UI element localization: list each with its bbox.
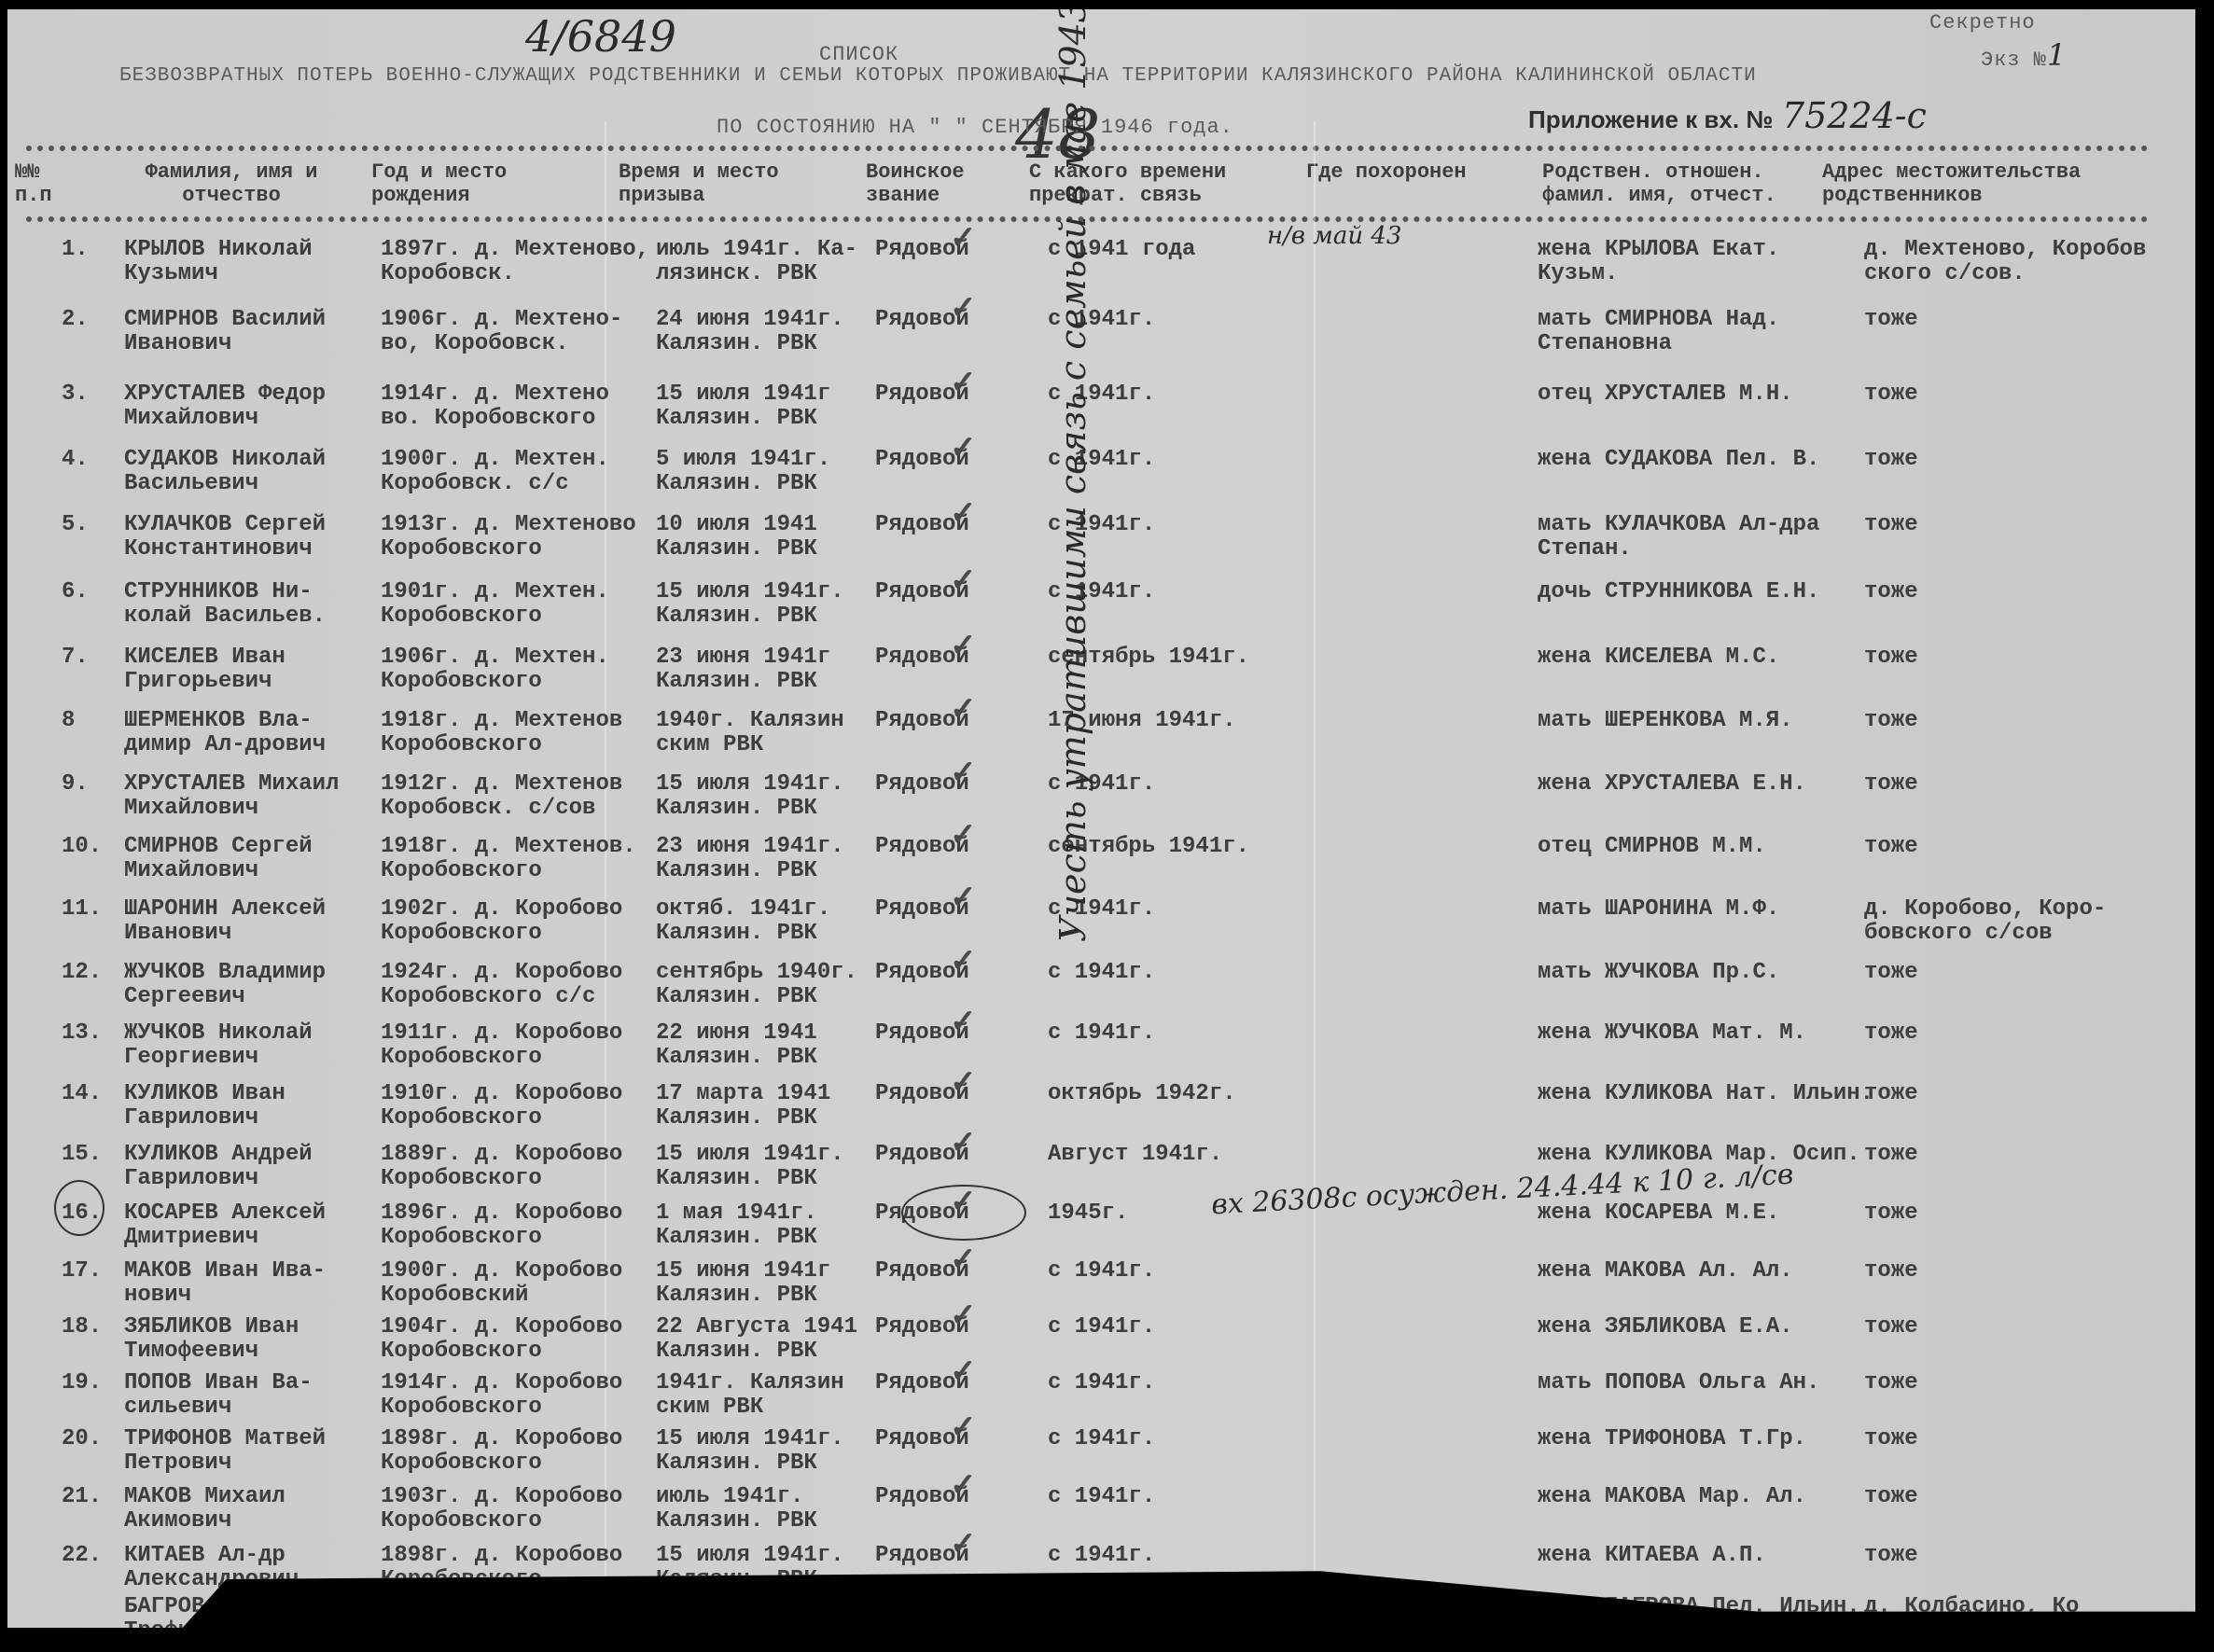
table-row: 8ШЕРМЕНКОВ Вла-димир Ал-дрович1918г. д. … bbox=[7, 709, 2195, 767]
cell-ended-line: с 1941г. bbox=[1048, 1544, 1155, 1568]
cell-ended: октябрь 1942г. bbox=[1048, 1082, 1236, 1106]
cell-name-line: КИСЕЛЕВ Иван bbox=[124, 646, 285, 670]
table-row: 13.ЖУЧКОВ НиколайГеоргиевич1911г. д. Кор… bbox=[7, 1021, 2195, 1079]
cell-call-line: Калязин. РВК bbox=[656, 1046, 817, 1070]
cell-rel-line: мать ШЕРЕНКОВА М.Я. bbox=[1538, 709, 1793, 733]
table-row: 15.КУЛИКОВ АндрейГаврилович1889г. д. Кор… bbox=[7, 1143, 2195, 1201]
cell-num: 22. bbox=[62, 1544, 102, 1568]
cell-call: 1941г. Калязинским РВК bbox=[656, 1371, 844, 1420]
cell-rel-line: мать ЖУЧКОВА Пр.С. bbox=[1538, 961, 1779, 985]
cell-birth: 1914г. д. КоробовоКоробовского bbox=[381, 1371, 622, 1420]
pencil-checkmark-icon: ✓ bbox=[950, 219, 977, 257]
pencil-checkmark-icon: ✓ bbox=[950, 816, 977, 854]
table-row: 7.КИСЕЛЕВ ИванГригорьевич1906г. д. Мехте… bbox=[7, 646, 2195, 703]
cell-name-line: СТРУННИКОВ Ни- bbox=[124, 580, 326, 604]
cell-num: 14. bbox=[62, 1082, 102, 1106]
cell-name-line: ТРИФОНОВ Матвей bbox=[124, 1427, 326, 1451]
cell-num-line: 2. bbox=[62, 308, 89, 332]
cell-birth-line: 1904г. д. Коробово bbox=[381, 1315, 622, 1340]
cell-call: 24 июня 1941г.Калязин. РВК bbox=[656, 308, 844, 356]
cell-name-line: КУЛАЧКОВ Сергей bbox=[124, 513, 326, 537]
cell-num: 17. bbox=[62, 1259, 102, 1284]
cell-name-line: ХРУСТАЛЕВ Федор bbox=[124, 382, 326, 407]
cell-name: СМИРНОВ СергейМихайлович bbox=[124, 835, 313, 883]
cell-num: 11. bbox=[62, 897, 102, 922]
pencil-checkmark-icon: ✓ bbox=[950, 429, 977, 466]
cell-call-line: 5 июля 1941г. bbox=[656, 448, 830, 472]
cell-ended-line: с 1941г. bbox=[1048, 1427, 1155, 1451]
cell-name: КУЛИКОВ ИванГаврилович bbox=[124, 1082, 285, 1131]
cell-addr-line: тоже bbox=[1864, 1427, 1918, 1451]
cell-ended: 1945г. bbox=[1048, 1201, 1128, 1226]
cell-num-line: 21. bbox=[62, 1485, 102, 1509]
pencil-checkmark-icon: ✓ bbox=[950, 494, 977, 532]
cell-name-line: Трофимович bbox=[124, 1619, 313, 1644]
cell-addr-line: тоже bbox=[1864, 382, 1918, 407]
cell-ended-line: с 1941г. bbox=[1048, 1259, 1155, 1284]
cell-name: ЖУЧКОВ ВладимирСергеевич bbox=[124, 961, 326, 1009]
cell-ended-line: с 1941г. bbox=[1048, 1485, 1155, 1509]
cell-rel-line: жена ЗЯБЛИКОВА Е.А. bbox=[1538, 1315, 1793, 1340]
cell-rel: жена МАКОВА Ал. Ал. bbox=[1538, 1259, 1793, 1284]
cell-rel: отец СМИРНОВ М.М. bbox=[1538, 835, 1766, 859]
cell-birth-line: Коробовского bbox=[381, 537, 636, 562]
cell-rel-line: жена КИТАЕВА А.П. bbox=[1538, 1544, 1766, 1568]
cell-call-line: 15 июля 1941г. bbox=[656, 1595, 844, 1619]
cell-birth: 1898г. д. КоробовоКоробовского bbox=[381, 1427, 622, 1476]
cell-addr: тоже bbox=[1864, 709, 1918, 733]
cell-call-line: 17 марта 1941 bbox=[656, 1082, 830, 1106]
cell-birth-line: 1904г. д. Колбасни- bbox=[381, 1595, 636, 1619]
cell-call: 17 марта 1941Калязин. РВК bbox=[656, 1082, 830, 1131]
copy-number: Экз №1 bbox=[1981, 37, 2067, 73]
cell-call: 15 июля 1941г.Калязин. РВК bbox=[656, 1427, 844, 1476]
title-main: БЕЗВОЗВРАТНЫХ ПОТЕРЬ ВОЕННО-СЛУЖАЩИХ РОД… bbox=[119, 65, 1757, 87]
cell-name-line: БАГРОВ Василий bbox=[124, 1595, 313, 1619]
cell-num: 10. bbox=[62, 835, 102, 859]
cell-birth-line: 1900г. д. Мехтен. bbox=[381, 448, 609, 472]
cell-num-line: 19. bbox=[62, 1371, 102, 1395]
pencil-checkmark-icon: ✓ bbox=[950, 1241, 977, 1278]
table-row: 18.ЗЯБЛИКОВ ИванТимофеевич1904г. д. Коро… bbox=[7, 1315, 2195, 1373]
cell-ended-line: с 1941г. bbox=[1048, 1021, 1155, 1046]
cell-name-line: СУДАКОВ Николай bbox=[124, 448, 326, 472]
cell-call-line: 1 мая 1941г. bbox=[656, 1201, 817, 1226]
cell-addr: тоже bbox=[1864, 513, 1918, 537]
cell-call-line: Калязин. РВК bbox=[656, 922, 830, 946]
cell-rel: жена СУДАКОВА Пел. В. bbox=[1538, 448, 1819, 472]
col-header-birth: Год и место рождения bbox=[371, 160, 586, 207]
cell-name: ПОПОВ Иван Ва-сильевич bbox=[124, 1371, 313, 1420]
cell-name-line: ШЕРМЕНКОВ Вла- bbox=[124, 709, 326, 733]
table-row: 9.ХРУСТАЛЕВ МихаилМихайлович1912г. д. Ме… bbox=[7, 772, 2195, 830]
cell-call-line: Калязин. РВК bbox=[656, 604, 844, 629]
pencil-checkmark-icon: ✓ bbox=[950, 1063, 977, 1101]
cell-call: 15 июля 1941г.Калязин. РВК bbox=[656, 1544, 844, 1592]
cell-ended: Август 1941г. bbox=[1048, 1143, 1222, 1167]
cell-call: октяб. 1941г.Калязин. РВК bbox=[656, 897, 830, 946]
cell-ended-line: 1945г. bbox=[1048, 1201, 1128, 1226]
cell-rel-line: жена МАКОВА Ал. Ал. bbox=[1538, 1259, 1793, 1284]
cell-ended-line: Август 1941г. bbox=[1048, 1143, 1222, 1167]
cell-num: 18. bbox=[62, 1315, 102, 1340]
cell-rel-line: мать ШАРОНИНА М.Ф. bbox=[1538, 897, 1779, 922]
cell-addr: тоже bbox=[1864, 382, 1918, 407]
cell-num: 5. bbox=[62, 513, 89, 537]
table-row: 17.МАКОВ Иван Ива-нович1900г. д. Коробов… bbox=[7, 1259, 2195, 1317]
cell-birth-line: Коробовского bbox=[381, 859, 636, 883]
pencil-checkmark-icon: ✓ bbox=[950, 1409, 977, 1446]
col-header-num: №№ п.п bbox=[15, 160, 71, 207]
cell-num-line: 6. bbox=[62, 580, 89, 604]
cell-rel-line: жена КУЛИКОВА Нат. Ильин. bbox=[1538, 1082, 1873, 1106]
cell-name: ТРИФОНОВ МатвейПетрович bbox=[124, 1427, 326, 1476]
cell-addr-line: тоже bbox=[1864, 308, 1918, 332]
cell-addr: д. Колбасино, Коробовского bbox=[1864, 1595, 2079, 1644]
table-row: 2.СМИРНОВ ВасилийИванович1906г. д. Мехте… bbox=[7, 308, 2195, 366]
cell-ended: с 1941г. bbox=[1048, 1544, 1155, 1568]
appendix-label: Приложение к вх. № bbox=[1528, 105, 1773, 133]
appendix-reference: Приложение к вх. № 75224-с bbox=[1528, 95, 1927, 136]
cell-name-line: СМИРНОВ Сергей bbox=[124, 835, 313, 859]
pencil-checkmark-icon: ✓ bbox=[950, 627, 977, 664]
pencil-checkmark-icon: ✓ bbox=[950, 562, 977, 599]
table-row: 12.ЖУЧКОВ ВладимирСергеевич1924г. д. Кор… bbox=[7, 961, 2195, 1019]
cell-rel: жена КИТАЕВА А.П. bbox=[1538, 1544, 1766, 1568]
cell-birth-line: Коробовского bbox=[381, 1167, 622, 1191]
cell-rel: мать КУЛАЧКОВА Ал-драСтепан. bbox=[1538, 513, 1819, 562]
cell-call-line: июль 1941г. bbox=[656, 1485, 817, 1509]
cell-num-line: 4. bbox=[62, 448, 89, 472]
cell-ended: с 1941г. bbox=[1048, 1485, 1155, 1509]
cell-num: 8 bbox=[62, 709, 75, 733]
cell-call: 23 июня 1941гКалязин. РВК bbox=[656, 646, 830, 694]
pencil-checkmark-icon: ✓ bbox=[950, 754, 977, 791]
cell-birth-line: 1914г. д. Мехтено bbox=[381, 382, 609, 407]
pencil-checkmark-icon: ✓ bbox=[950, 879, 977, 916]
cell-call-line: Калязин. РВК bbox=[656, 1451, 844, 1476]
cell-birth: 1904г. д. КоробовоКоробовского bbox=[381, 1315, 622, 1364]
row16-rank-circle bbox=[901, 1185, 1026, 1241]
cell-name-line: нович bbox=[124, 1284, 326, 1308]
cell-num: 15. bbox=[62, 1143, 102, 1167]
pencil-checkmark-icon: ✓ bbox=[950, 942, 977, 979]
col-header-call-up: Время и место призыва bbox=[619, 160, 833, 207]
cell-birth-line: 1924г. д. Коробово bbox=[381, 961, 622, 985]
cell-birth: 1906г. д. Мехтен.Коробовского bbox=[381, 646, 609, 694]
cell-birth-line: Коробовского с/с bbox=[381, 985, 622, 1009]
cell-birth-line: Коробовского bbox=[381, 1226, 622, 1250]
cell-rel-line: мать КУЛАЧКОВА Ал-дра bbox=[1538, 513, 1819, 537]
cell-addr: тоже bbox=[1864, 1259, 1918, 1284]
cell-birth-line: во. Коробовского bbox=[381, 407, 609, 431]
cell-birth: 1910г. д. КоробовоКоробовского bbox=[381, 1082, 622, 1131]
cell-num-line: 9. bbox=[62, 772, 89, 797]
cell-birth: 1903г. д. КоробовоКоробовского bbox=[381, 1485, 622, 1534]
cell-ended: с 1941г. bbox=[1048, 1315, 1155, 1340]
pencil-checkmark-icon: ✓ bbox=[950, 1124, 977, 1161]
cell-addr-line: д. Мехтеново, Коробов bbox=[1864, 238, 2146, 262]
cell-num-line: 10. bbox=[62, 835, 102, 859]
cell-call-line: 15 июля 1941г bbox=[656, 382, 830, 407]
cell-rel-line: жена МАКОВА Мар. Ал. bbox=[1538, 1485, 1806, 1509]
cell-addr: тоже bbox=[1864, 835, 1918, 859]
cell-name: ЗЯБЛИКОВ ИванТимофеевич bbox=[124, 1315, 299, 1364]
cell-rel: жена ЗЯБЛИКОВА Е.А. bbox=[1538, 1315, 1793, 1340]
cell-rel-line: жена ТРИФОНОВА Т.Гр. bbox=[1538, 1427, 1806, 1451]
cell-name-line: Васильевич bbox=[124, 472, 326, 496]
cell-name: СТРУННИКОВ Ни-колай Васильев. bbox=[124, 580, 326, 629]
pencil-checkmark-icon: ✓ bbox=[950, 289, 977, 326]
cell-rel-line: Степановна bbox=[1538, 332, 1779, 356]
cell-birth-line: Коробовского bbox=[381, 1046, 622, 1070]
cell-birth-line: Коробовск. с/с bbox=[381, 472, 609, 496]
table-row: 6.СТРУННИКОВ Ни-колай Васильев.1901г. д.… bbox=[7, 580, 2195, 638]
cell-name-line: Иванович bbox=[124, 332, 326, 356]
cell-call-line: Калязин. РВК bbox=[656, 537, 817, 562]
cell-num: 13. bbox=[62, 1021, 102, 1046]
cell-num: 12. bbox=[62, 961, 102, 985]
cell-num-line: 22. bbox=[62, 1544, 102, 1568]
cell-call-line: 23 июня 1941г. bbox=[656, 835, 844, 859]
cell-addr-line: тоже bbox=[1864, 1021, 1918, 1046]
cell-name: КУЛАЧКОВ СергейКонстантинович bbox=[124, 513, 326, 562]
table-row: 11.ШАРОНИН АлексейИванович1902г. д. Коро… bbox=[7, 897, 2195, 955]
table-row: 5.КУЛАЧКОВ СергейКонстантинович1913г. д.… bbox=[7, 513, 2195, 571]
cell-name-line: Александрович bbox=[124, 1568, 299, 1592]
table-row: 3.ХРУСТАЛЕВ ФедорМихайлович1914г. д. Мех… bbox=[7, 382, 2195, 440]
pencil-checkmark-icon: ✓ bbox=[950, 1576, 977, 1614]
table-row: 1.КРЫЛОВ НиколайКузьмич1897г. д. Мехтено… bbox=[7, 238, 2195, 296]
cell-name: СМИРНОВ ВасилийИванович bbox=[124, 308, 326, 356]
cell-name-line: колай Васильев. bbox=[124, 604, 326, 629]
table-row: 19.ПОПОВ Иван Ва-сильевич1914г. д. Короб… bbox=[7, 1371, 2195, 1429]
cell-call-line: Калязин. РВК bbox=[656, 1167, 844, 1191]
cell-num-line: 7. bbox=[62, 646, 89, 670]
cell-addr-line: тоже bbox=[1864, 448, 1918, 472]
cell-call-line: октяб. 1941г. bbox=[656, 897, 830, 922]
cell-addr: тоже bbox=[1864, 646, 1918, 670]
cell-call: 23 июня 1941г.Калязин. РВК bbox=[656, 835, 844, 883]
cell-birth-line: Коробовского bbox=[381, 1451, 622, 1476]
cell-rel-line: дочь СТРУННИКОВА Е.Н. bbox=[1538, 580, 1819, 604]
cell-call: 22 Августа 1941Калязин. РВК bbox=[656, 1315, 857, 1364]
cell-birth-line: во, Коробовск. bbox=[381, 332, 622, 356]
cell-call: 22 июня 1941Калязин. РВК bbox=[656, 1021, 817, 1070]
pencil-checkmark-icon: ✓ bbox=[950, 364, 977, 401]
title-heading: СПИСОК bbox=[819, 43, 898, 66]
cell-birth-line: 1913г. д. Мехтеново bbox=[381, 513, 636, 537]
cell-call-line: 1940г. Калязин bbox=[656, 709, 844, 733]
cell-ended: с 1941г. bbox=[1048, 961, 1155, 985]
cell-name-line: Михайлович bbox=[124, 797, 339, 821]
col-header-rank: Воинское звание bbox=[866, 160, 1006, 207]
cell-name-line: ПОПОВ Иван Ва- bbox=[124, 1371, 313, 1395]
cell-call-line: сентябрь 1940г. bbox=[656, 961, 857, 985]
cell-call-line: 15 июля 1941г. bbox=[656, 1544, 844, 1568]
cell-name: ХРУСТАЛЕВ ФедорМихайлович bbox=[124, 382, 326, 431]
cell-name-line: Иванович bbox=[124, 922, 326, 946]
cell-rel: мать СМИРНОВА Над.Степановна bbox=[1538, 308, 1779, 356]
title-date: ПО СОСТОЯНИЮ НА " " СЕНТЯБРЯ 1946 года. bbox=[717, 116, 1233, 139]
cell-birth-line: 1896г. д. Коробово bbox=[381, 1201, 622, 1226]
cell-rel-line: Степан. bbox=[1538, 537, 1819, 562]
row1-handwritten-note: н/в май 43 bbox=[1267, 222, 1401, 250]
cell-birth-line: 1898г. д. Коробово bbox=[381, 1427, 622, 1451]
cell-rel-line: отец СМИРНОВ М.М. bbox=[1538, 835, 1766, 859]
cell-ended: с 1941г. bbox=[1048, 1021, 1155, 1046]
cell-call-line: Калязин. РВК bbox=[656, 797, 844, 821]
cell-birth: 1913г. д. МехтеновоКоробовского bbox=[381, 513, 636, 562]
cell-name: КОСАРЕВ АлексейДмитриевич bbox=[124, 1201, 326, 1250]
cell-name-line: сильевич bbox=[124, 1395, 313, 1420]
cell-addr-line: тоже bbox=[1864, 513, 1918, 537]
cell-birth: 1900г. д. КоробовоКоробовский bbox=[381, 1259, 622, 1308]
cell-call-line: 24 июня 1941г. bbox=[656, 308, 844, 332]
cell-name-line: Михайлович bbox=[124, 859, 313, 883]
cell-addr: тоже bbox=[1864, 1544, 1918, 1568]
cell-num: 7. bbox=[62, 646, 89, 670]
cell-addr-line: тоже bbox=[1864, 835, 1918, 859]
table-row: 14.КУЛИКОВ ИванГаврилович1910г. д. Короб… bbox=[7, 1082, 2195, 1140]
cell-addr-line: ского с/сов. bbox=[1864, 262, 2146, 286]
cell-birth-line: 1918г. д. Мехтенов bbox=[381, 709, 622, 733]
cell-birth-line: 1903г. д. Коробово bbox=[381, 1485, 622, 1509]
cell-ended: с 1941г. bbox=[1048, 1595, 1155, 1619]
cell-name-line: МАКОВ Михаил bbox=[124, 1485, 285, 1509]
cell-addr: д. Мехтеново, Коробовского с/сов. bbox=[1864, 238, 2146, 286]
cell-name: СУДАКОВ НиколайВасильевич bbox=[124, 448, 326, 496]
cell-name-line: КУЛИКОВ Андрей bbox=[124, 1143, 313, 1167]
cell-addr: тоже bbox=[1864, 1143, 1918, 1167]
cell-name-line: ШАРОНИН Алексей bbox=[124, 897, 326, 922]
stamp-secret: Секретно bbox=[1929, 11, 2036, 35]
row16-number-circle bbox=[54, 1180, 104, 1236]
cell-call-line: 15 июля 1941г. bbox=[656, 1143, 844, 1167]
cell-rel: отец ХРУСТАЛЕВ М.Н. bbox=[1538, 382, 1793, 407]
cell-addr: д. Коробово, Коро-бовского с/сов bbox=[1864, 897, 2106, 946]
cell-addr-line: тоже bbox=[1864, 580, 1918, 604]
cell-addr-line: тоже bbox=[1864, 772, 1918, 797]
cell-addr-line: робовского bbox=[1864, 1619, 2079, 1644]
cell-rel-line: отец ХРУСТАЛЕВ М.Н. bbox=[1538, 382, 1793, 407]
cell-num: 9. bbox=[62, 772, 89, 797]
cell-addr-line: тоже bbox=[1864, 1544, 1918, 1568]
cell-birth-line: 1910г. д. Коробово bbox=[381, 1082, 622, 1106]
cell-num-line: 13. bbox=[62, 1021, 102, 1046]
cell-name-line: Михайлович bbox=[124, 407, 326, 431]
cell-call-line: 23 июня 1941г bbox=[656, 646, 830, 670]
cell-rel: жена КУЛИКОВА Нат. Ильин. bbox=[1538, 1082, 1873, 1106]
cell-addr-line: тоже bbox=[1864, 961, 1918, 985]
col-header-relative: Родствен. отношен. фамил. имя, отчест. bbox=[1542, 160, 1822, 207]
cell-addr: тоже bbox=[1864, 1427, 1918, 1451]
cell-ended-line: с 1941г. bbox=[1048, 1371, 1155, 1395]
cell-ended-line: с 1941г. bbox=[1048, 961, 1155, 985]
cell-call-line: 15 июля 1941г. bbox=[656, 1427, 844, 1451]
cell-name-line: ХРУСТАЛЕВ Михаил bbox=[124, 772, 339, 797]
cell-rel: мать ШАРОНИНА М.Ф. bbox=[1538, 897, 1779, 922]
cell-call-line: 15 июля 1941г. bbox=[656, 772, 844, 797]
cell-rel: жена КИСЕЛЕВА М.С. bbox=[1538, 646, 1779, 670]
table-row: 22.КИТАЕВ Ал-дрАлександрович1898г. д. Ко… bbox=[7, 1544, 2195, 1602]
cell-birth-line: 1901г. д. Мехтен. bbox=[381, 580, 609, 604]
cell-call-line: Калязин. РВК bbox=[656, 1509, 817, 1534]
cell-birth-line: 1918г. д. Мехтенов. bbox=[381, 835, 636, 859]
cell-call: 15 июля 1941г.Калязин. РВК bbox=[656, 580, 844, 629]
cell-call-line: 15 июля 1941г. bbox=[656, 580, 844, 604]
cell-birth-line: Коробовского bbox=[381, 733, 622, 757]
cell-num: 20. bbox=[62, 1427, 102, 1451]
cell-addr-line: тоже bbox=[1864, 1371, 1918, 1395]
cell-birth: 1924г. д. КоробовоКоробовского с/с bbox=[381, 961, 622, 1009]
cell-name: БАГРОВ ВасилийТрофимович bbox=[124, 1595, 313, 1644]
cell-call-line: Калязин. РВК bbox=[656, 1106, 830, 1131]
cell-birth-line: 1897г. д. Мехтеново, bbox=[381, 238, 649, 262]
cell-call: 5 июля 1941г.Калязин. РВК bbox=[656, 448, 830, 496]
cell-call-line: 15 июня 1941г bbox=[656, 1259, 830, 1284]
cell-name: КУЛИКОВ АндрейГаврилович bbox=[124, 1143, 313, 1191]
cell-addr: тоже bbox=[1864, 1082, 1918, 1106]
cell-birth: 1889г. д. КоробовоКоробовского bbox=[381, 1143, 622, 1191]
table-row: 20.ТРИФОНОВ МатвейПетрович1898г. д. Коро… bbox=[7, 1427, 2195, 1485]
cell-birth-line: 1911г. д. Коробово bbox=[381, 1021, 622, 1046]
cell-rel-line: мать ПОПОВА Ольга Ан. bbox=[1538, 1371, 1819, 1395]
cell-num: 6. bbox=[62, 580, 89, 604]
cell-addr-line: тоже bbox=[1864, 1485, 1918, 1509]
cell-birth-line: Коробовского bbox=[381, 1568, 622, 1592]
cell-birth: 1904г. д. Колбасни-но Коробовск. bbox=[381, 1595, 636, 1644]
cell-rel: дочь СТРУННИКОВА Е.Н. bbox=[1538, 580, 1819, 604]
cell-rel: жена БАГРОВА Пел. Ильин. bbox=[1538, 1595, 1860, 1619]
cell-name-line: Гаврилович bbox=[124, 1106, 285, 1131]
cell-num: 1. bbox=[62, 238, 89, 262]
cell-call: 1940г. Калязинским РВК bbox=[656, 709, 844, 757]
cell-addr: тоже bbox=[1864, 308, 1918, 332]
cell-num-line: 17. bbox=[62, 1259, 102, 1284]
copy-number-value: 1 bbox=[2047, 37, 2067, 73]
cell-rel: мать ШЕРЕНКОВА М.Я. bbox=[1538, 709, 1793, 733]
appendix-value: 75224-с bbox=[1782, 95, 1927, 136]
cell-name-line: ЖУЧКОВ Николай bbox=[124, 1021, 313, 1046]
cell-call: 15 июля 1941гКалязин. РВК bbox=[656, 382, 830, 431]
cell-name-line: Константинович bbox=[124, 537, 326, 562]
cell-name-line: КИТАЕВ Ал-др bbox=[124, 1544, 299, 1568]
cell-rank: Рядовой bbox=[875, 1595, 969, 1619]
vertical-margin-note: Учесть утратившими связь с семьей в мае … bbox=[1052, 0, 1093, 942]
cell-addr-line: д. Коробово, Коро- bbox=[1864, 897, 2106, 922]
cell-call: июль 1941г.Калязин. РВК bbox=[656, 1485, 817, 1534]
pencil-checkmark-icon: ✓ bbox=[950, 1525, 977, 1562]
cell-name-line: Петрович bbox=[124, 1451, 326, 1476]
cell-addr: тоже bbox=[1864, 1315, 1918, 1340]
cell-birth: 1911г. д. КоробовоКоробовского bbox=[381, 1021, 622, 1070]
cell-addr: тоже bbox=[1864, 961, 1918, 985]
cell-ended-line: октябрь 1942г. bbox=[1048, 1082, 1236, 1106]
cell-call-line: Калязин. РВК bbox=[656, 670, 830, 694]
cell-call-line: 10 июля 1941 bbox=[656, 513, 817, 537]
cell-name: КИТАЕВ Ал-дрАлександрович bbox=[124, 1544, 299, 1592]
cell-rel: жена КОСАРЕВА М.Е. bbox=[1538, 1201, 1779, 1226]
cell-name-line: ЗЯБЛИКОВ Иван bbox=[124, 1315, 299, 1340]
cell-name-line: Кузьмич bbox=[124, 262, 313, 286]
cell-birth: 1914г. д. Мехтеново. Коробовского bbox=[381, 382, 609, 431]
table-row: 16.КОСАРЕВ АлексейДмитриевич1896г. д. Ко… bbox=[7, 1201, 2195, 1259]
cell-rel: мать ЖУЧКОВА Пр.С. bbox=[1538, 961, 1779, 985]
cell-num: 19. bbox=[62, 1371, 102, 1395]
cell-addr-line: тоже bbox=[1864, 1259, 1918, 1284]
cell-birth-line: Коробовского bbox=[381, 670, 609, 694]
